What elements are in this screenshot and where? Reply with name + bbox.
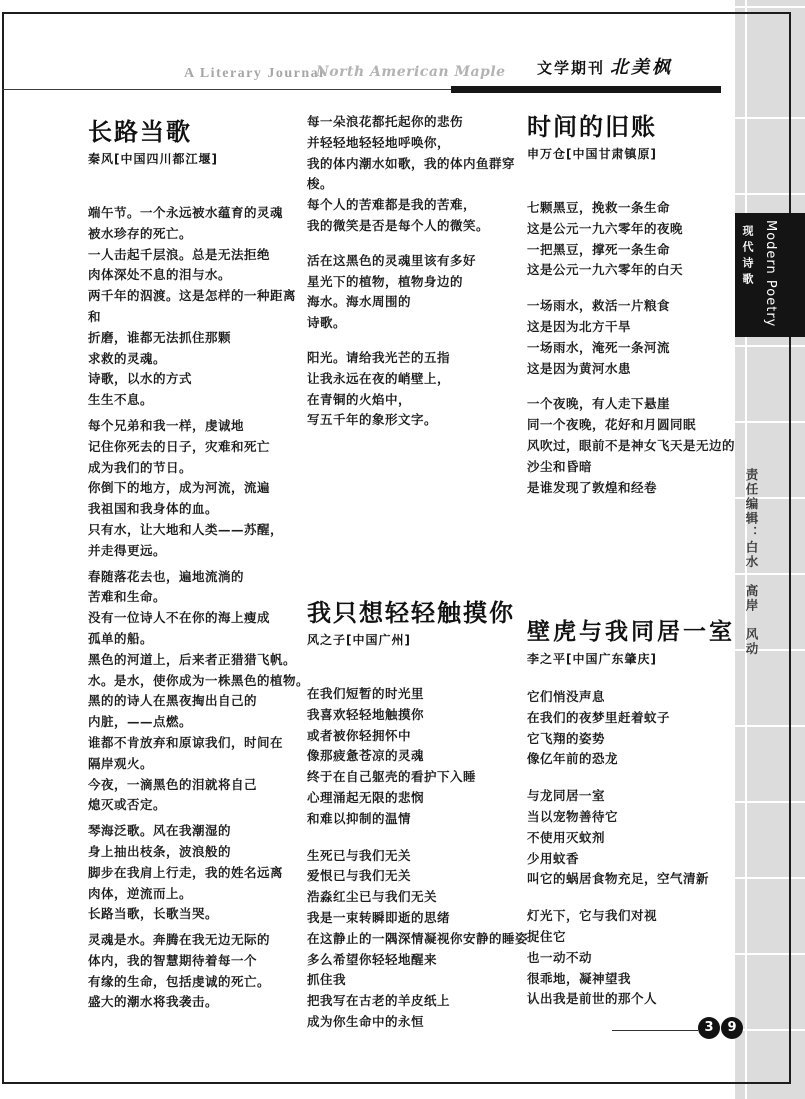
poem-line: 捉住它 [527, 927, 749, 948]
poem-body: 在我们短暂的时光里我喜欢轻轻地触摸你或者被你轻拥怀中像那疲惫苍凉的灵魂终于在自己… [307, 684, 541, 1033]
poem-body: 它们悄没声息在我们的夜梦里赶着蚊子它飞翔的姿势像亿年前的恐龙与龙同居一室当以宠物… [527, 687, 749, 1010]
poem-line: 少用蚊香 [527, 849, 749, 870]
poem-line: 把我写在古老的羊皮纸上 [307, 991, 541, 1012]
poem-line: 我的体内潮水如歌，我的体内鱼群穿 [307, 154, 537, 175]
poem-line: 风吹过，眼前不是神女飞天是无边的 [527, 436, 749, 457]
poem-line: 每一朵浪花都托起你的悲伤 [307, 112, 537, 133]
tab-label-en: Modern Poetry [762, 220, 778, 327]
poem-line: 并轻轻地轻轻地呼唤你， [307, 133, 537, 154]
stanza: 每个兄弟和我一样，虔诚地记住你死去的日子，灾难和死亡成为我们的节日。你倒下的地方… [88, 416, 310, 562]
poem-gecko-roommate: 壁虎与我同居一室 李之平[中国广东肇庆] 它们悄没声息在我们的夜梦里赶着蚊子它飞… [527, 617, 749, 1026]
poem-line: 肉体，逆流而上。 [88, 884, 310, 905]
poem-line: 星光下的植物，植物身边的 [307, 272, 537, 293]
poem-line: 和 [88, 307, 310, 328]
footer-rule [612, 1030, 698, 1031]
poem-line: 折磨，谁都无法抓住那颗 [88, 328, 310, 349]
poem-line: 它飞翔的姿势 [527, 729, 749, 750]
stanza: 一个夜晚，有人走下悬崖同一个夜晚，花好和月圆同眠风吹过，眼前不是神女飞天是无边的… [527, 394, 749, 498]
poem-line: 与龙同居一室 [527, 786, 749, 807]
poem-line: 七颗黑豆，挽救一条生命 [527, 198, 749, 219]
stanza: 在我们短暂的时光里我喜欢轻轻地触摸你或者被你轻拥怀中像那疲惫苍凉的灵魂终于在自己… [307, 684, 541, 830]
poem-line: 也一动不动 [527, 948, 749, 969]
poem-line: 只有水，让大地和人类——苏醒， [88, 520, 310, 541]
poem-line: 抓住我 [307, 970, 541, 991]
stanza: 阳光。请给我光芒的五指让我永远在夜的峭壁上，在青铜的火焰中，写五千年的象形文字。 [307, 348, 537, 431]
poem-line: 肉体深处不息的泪与水。 [88, 265, 310, 286]
poem-line: 在我们短暂的时光里 [307, 684, 541, 705]
poem-line: 沙尘和昏暗 [527, 457, 749, 478]
poem-line: 一场雨水，淹死一条河流 [527, 338, 749, 359]
poem-line: 黑的的诗人在黑夜掏出自己的 [88, 691, 310, 712]
poem-line: 在这静止的一隅深情凝视你安静的睡姿 [307, 929, 541, 950]
poem-line: 在青铜的火焰中， [307, 390, 537, 411]
stanza: 端午节。一个永远被水蕴育的灵魂被水珍存的死亡。一人击起千层浪。总是无法拒绝肉体深… [88, 203, 310, 411]
poem-title: 时间的旧账 [527, 112, 749, 142]
poem-line: 当以宠物善待它 [527, 807, 749, 828]
poem-line: 梭。 [307, 174, 537, 195]
poem-line: 这是公元一九六零年的夜晚 [527, 219, 749, 240]
poem-line: 海水。海水周围的 [307, 292, 537, 313]
poem-line: 这是因为黄河水患 [527, 359, 749, 380]
stanza: 春随落花去也，遍地流淌的苦难和生命。没有一位诗人不在你的海上瘦成孤单的船。黑色的… [88, 567, 310, 817]
poem-line: 是谁发现了敦煌和经卷 [527, 478, 749, 499]
poem-line: 爱恨已与我们无关 [307, 866, 541, 887]
poem-line: 让我永远在夜的峭壁上， [307, 369, 537, 390]
poem-author: 风之子[中国广州] [307, 632, 541, 648]
tab-label-cn: 现代诗歌 [740, 225, 754, 289]
poem-body: 端午节。一个永远被水蕴育的灵魂被水珍存的死亡。一人击起千层浪。总是无法拒绝肉体深… [88, 203, 310, 1013]
section-tab-modern-poetry: 现代诗歌 Modern Poetry [735, 213, 805, 337]
poem-line: 认出我是前世的那个人 [527, 989, 749, 1010]
poem-line: 有缘的生命，包括虔诚的死亡。 [88, 972, 310, 993]
poem-title: 长路当歌 [88, 117, 310, 147]
header-rule-thick [451, 86, 721, 93]
poem-line: 我的微笑是否是每个人的微笑。 [307, 216, 537, 237]
poem-line: 同一个夜晚，花好和月圆同眠 [527, 415, 749, 436]
poem-line: 生死已与我们无关 [307, 846, 541, 867]
poem-author: 申万仓[中国甘肃镇原] [527, 146, 749, 162]
poem-line: 琴海泛歌。风在我潮湿的 [88, 821, 310, 842]
poem-line: 记住你死去的日子，灾难和死亡 [88, 437, 310, 458]
poem-line: 熄灭或否定。 [88, 795, 310, 816]
poem-line: 一把黑豆，撑死一条生命 [527, 240, 749, 261]
poem-line: 水。是水，使你成为一株黑色的植物。 [88, 671, 310, 692]
poem-body: 七颗黑豆，挽救一条生命这是公元一九六零年的夜晚一把黑豆，撑死一条生命这是公元一九… [527, 198, 749, 498]
poem-line: 灵魂是水。奔腾在我无边无际的 [88, 930, 310, 951]
poem-long-road-part2: 每一朵浪花都托起你的悲伤并轻轻地轻轻地呼唤你，我的体内潮水如歌，我的体内鱼群穿梭… [307, 112, 537, 445]
stanza: 一场雨水，救活一片粮食这是因为北方干旱一场雨水，淹死一条河流这是因为黄河水患 [527, 296, 749, 379]
poem-line: 孤单的船。 [88, 629, 310, 650]
poem-line: 浩淼红尘已与我们无关 [307, 887, 541, 908]
poem-line: 求救的灵魂。 [88, 349, 310, 370]
poem-line: 体内，我的智慧期待着每一个 [88, 951, 310, 972]
poem-line: 阳光。请给我光芒的五指 [307, 348, 537, 369]
stanza: 它们悄没声息在我们的夜梦里赶着蚊子它飞翔的姿势像亿年前的恐龙 [527, 687, 749, 770]
poem-line: 黑色的河道上，后来者正猎猎飞帆。 [88, 650, 310, 671]
page-number-digit: 9 [721, 1017, 743, 1039]
poem-line: 生生不息。 [88, 390, 310, 411]
poem-long-road-part1: 长路当歌 秦风[中国四川都江堰] 端午节。一个永远被水蕴育的灵魂被水珍存的死亡。… [88, 117, 310, 1018]
poem-line: 灯光下，它与我们对视 [527, 906, 749, 927]
poem-line: 叫它的蜗居食物充足，空气清新 [527, 869, 749, 890]
poem-line: 隔岸观火。 [88, 754, 310, 775]
poem-line: 你倒下的地方，成为河流，流遍 [88, 478, 310, 499]
poem-line: 身上抽出枝条，波浪般的 [88, 842, 310, 863]
journal-name-cn: 北美枫 [610, 53, 673, 79]
poem-line: 被水珍存的死亡。 [88, 224, 310, 245]
poem-line: 盛大的潮水将我袭击。 [88, 992, 310, 1013]
poem-line: 苦难和生命。 [88, 587, 310, 608]
poem-line: 多么希望你轻轻地醒来 [307, 950, 541, 971]
poem-title: 我只想轻轻触摸你 [307, 598, 541, 628]
poem-author: 李之平[中国广东肇庆] [527, 651, 749, 667]
poem-line: 今夜，一滴黑色的泪就将自己 [88, 775, 310, 796]
page-number-digit: 3 [698, 1017, 720, 1039]
poem-line: 每个人的苦难都是我的苦难， [307, 195, 537, 216]
stanza: 灵魂是水。奔腾在我无边无际的体内，我的智慧期待着每一个有缘的生命，包括虔诚的死亡… [88, 930, 310, 1013]
poem-line: 心理涌起无限的悲悯 [307, 788, 541, 809]
poem-line: 和难以抑制的温情 [307, 809, 541, 830]
poem-line: 成为你生命中的永恒 [307, 1012, 541, 1033]
poem-line: 它们悄没声息 [527, 687, 749, 708]
poem-line: 很乖地，凝神望我 [527, 969, 749, 990]
poem-line: 或者被你轻拥怀中 [307, 726, 541, 747]
poem-line: 这是公元一九六零年的白天 [527, 260, 749, 281]
stanza: 生死已与我们无关爱恨已与我们无关浩淼红尘已与我们无关我是一束转瞬即逝的思绪在这静… [307, 846, 541, 1033]
poem-line: 诗歌，以水的方式 [88, 369, 310, 390]
poem-line: 像那疲惫苍凉的灵魂 [307, 746, 541, 767]
stanza: 七颗黑豆，挽救一条生命这是公元一九六零年的夜晚一把黑豆，撑死一条生命这是公元一九… [527, 198, 749, 281]
poem-line: 一个夜晚，有人走下悬崖 [527, 394, 749, 415]
poem-line: 内脏，——点燃。 [88, 712, 310, 733]
stanza: 每一朵浪花都托起你的悲伤并轻轻地轻轻地呼唤你，我的体内潮水如歌，我的体内鱼群穿梭… [307, 112, 537, 237]
poem-line: 像亿年前的恐龙 [527, 749, 749, 770]
stanza: 琴海泛歌。风在我潮湿的身上抽出枝条，波浪般的脚步在我肩上行走，我的姓名远离肉体，… [88, 821, 310, 925]
stanza: 活在这黑色的灵魂里该有多好星光下的植物，植物身边的海水。海水周围的诗歌。 [307, 251, 537, 334]
journal-label-en: A Literary Journal [184, 66, 325, 82]
poem-touch-you: 我只想轻轻触摸你 风之子[中国广州] 在我们短暂的时光里我喜欢轻轻地触摸你或者被… [307, 598, 541, 1049]
poem-line: 端午节。一个永远被水蕴育的灵魂 [88, 203, 310, 224]
poem-line: 并走得更远。 [88, 541, 310, 562]
poem-author: 秦风[中国四川都江堰] [88, 151, 310, 167]
poem-line: 成为我们的节日。 [88, 458, 310, 479]
poem-line: 春随落花去也，遍地流淌的 [88, 567, 310, 588]
poem-line: 一人击起千层浪。总是无法拒绝 [88, 245, 310, 266]
poem-line: 长路当歌，长歌当哭。 [88, 904, 310, 925]
poem-line: 在我们的夜梦里赶着蚊子 [527, 708, 749, 729]
poem-line: 诗歌。 [307, 313, 537, 334]
poem-line: 每个兄弟和我一样，虔诚地 [88, 416, 310, 437]
poem-old-debt-of-time: 时间的旧账 申万仓[中国甘肃镇原] 七颗黑豆，挽救一条生命这是公元一九六零年的夜… [527, 112, 749, 513]
poem-line: 终于在自己躯壳的看护下入睡 [307, 767, 541, 788]
poem-line: 两千年的泅渡。这是怎样的一种距离 [88, 286, 310, 307]
poem-line: 谁都不肯放弃和原谅我们，时间在 [88, 733, 310, 754]
journal-category-cn: 文学期刊 [537, 57, 605, 78]
poem-line: 一场雨水，救活一片粮食 [527, 296, 749, 317]
poem-line: 我是一束转瞬即逝的思绪 [307, 908, 541, 929]
stanza: 与龙同居一室当以宠物善待它不使用灭蚊剂少用蚊香叫它的蜗居食物充足，空气清新 [527, 786, 749, 890]
poem-line: 活在这黑色的灵魂里该有多好 [307, 251, 537, 272]
poem-line: 写五千年的象形文字。 [307, 410, 537, 431]
poem-line: 这是因为北方干旱 [527, 317, 749, 338]
poem-line: 不使用灭蚊剂 [527, 828, 749, 849]
poem-title: 壁虎与我同居一室 [527, 617, 749, 647]
poem-line: 没有一位诗人不在你的海上瘦成 [88, 608, 310, 629]
journal-name-script: North American Maple [316, 64, 506, 80]
poem-line: 脚步在我肩上行走，我的姓名远离 [88, 863, 310, 884]
poem-line: 我祖国和我身体的血。 [88, 499, 310, 520]
editors-credit: 责任编辑：白水 高岸 风动 [742, 468, 760, 698]
stanza: 灯光下，它与我们对视捉住它也一动不动很乖地，凝神望我认出我是前世的那个人 [527, 906, 749, 1010]
poem-line: 我喜欢轻轻地触摸你 [307, 705, 541, 726]
poem-body: 每一朵浪花都托起你的悲伤并轻轻地轻轻地呼唤你，我的体内潮水如歌，我的体内鱼群穿梭… [307, 112, 537, 431]
